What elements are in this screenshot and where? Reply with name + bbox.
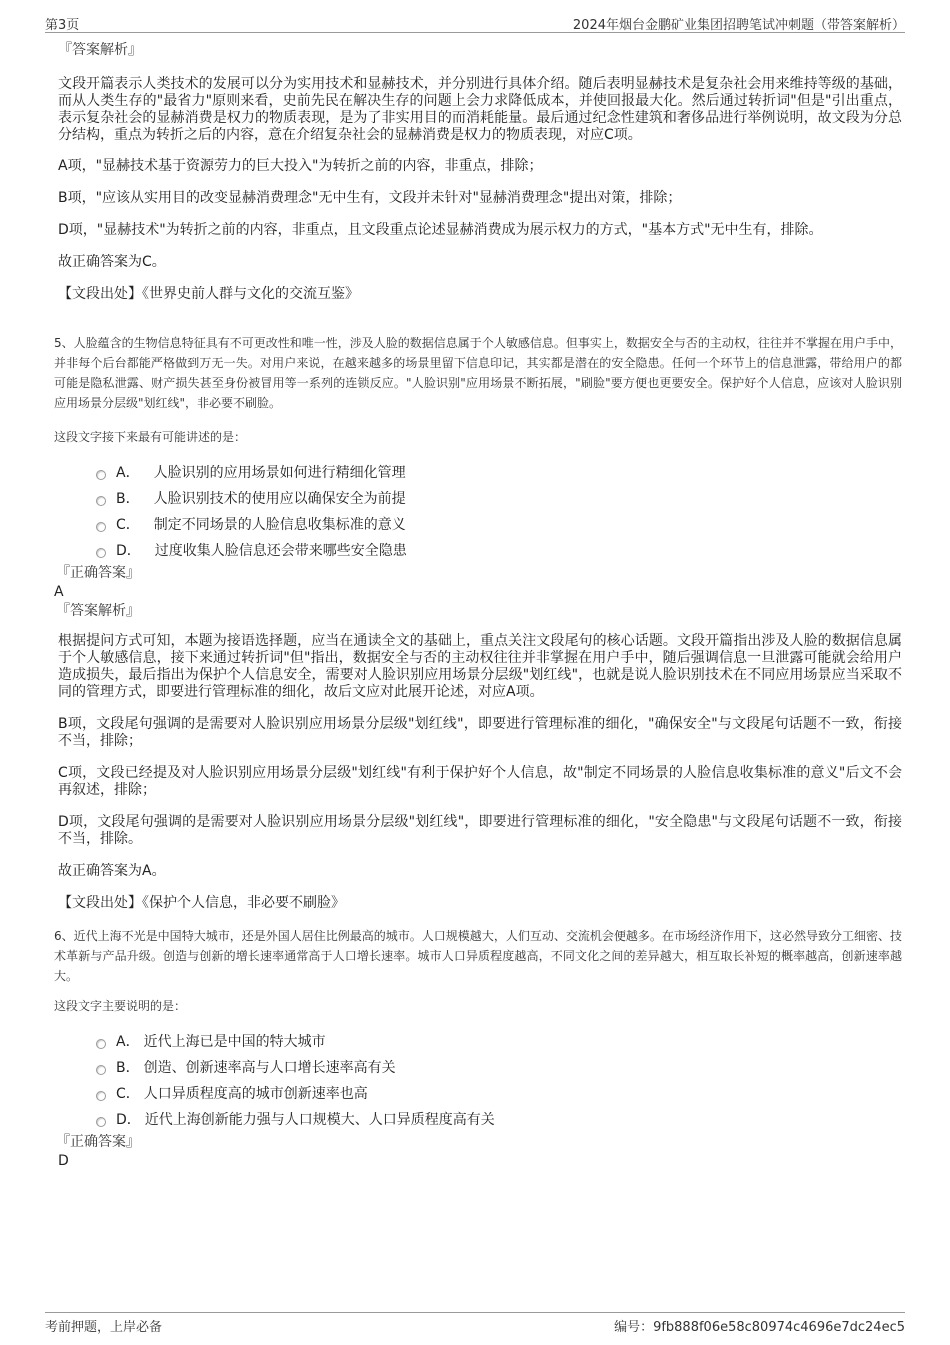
analysis-paragraph: D项，文段尾句强调的是需要对人脸识别应用场景分层级"划红线"，即要进行管理标准的…: [58, 814, 902, 848]
radio-icon[interactable]: [96, 522, 106, 532]
document-title: 2024年烟台金鹏矿业集团招聘笔试冲刺题（带答案解析）: [573, 14, 905, 33]
question-stem: 5、人脸蕴含的生物信息特征具有不可更改性和唯一性，涉及人脸的数据信息属于个人敏感…: [54, 333, 902, 413]
option-text: 过度收集人脸信息还会带来哪些安全隐患: [155, 540, 407, 560]
serial-number: 编号：9fb888f06e58c80974c4696e7dc24ec5: [614, 1316, 905, 1335]
radio-icon[interactable]: [96, 1065, 106, 1075]
page-footer: 考前押题，上岸必备 编号：9fb888f06e58c80974c4696e7dc…: [45, 1312, 905, 1335]
option-a[interactable]: A． 近代上海已是中国的特大城市: [96, 1028, 902, 1054]
option-letter: C．: [116, 1083, 140, 1103]
option-b[interactable]: B． 人脸识别技术的使用应以确保安全为前提: [96, 485, 902, 511]
radio-icon[interactable]: [96, 1039, 106, 1049]
correct-answer-label: 『正确答案』: [56, 563, 902, 583]
option-letter: D．: [116, 540, 141, 560]
option-text: 人脸识别的应用场景如何进行精细化管理: [154, 462, 406, 482]
question-prompt: 这段文字主要说明的是：: [54, 996, 902, 1016]
question-prompt: 这段文字接下来最有可能讲述的是：: [54, 427, 902, 447]
option-text: 人脸识别技术的使用应以确保安全为前提: [154, 488, 406, 508]
option-c[interactable]: C． 制定不同场景的人脸信息收集标准的意义: [96, 511, 902, 537]
correct-answer: A: [54, 583, 902, 601]
option-text: 制定不同场景的人脸信息收集标准的意义: [154, 514, 406, 534]
source-citation: 【文段出处】《世界史前人群与文化的交流互鉴》: [58, 286, 902, 303]
analysis-label: 『答案解析』: [58, 40, 902, 60]
radio-icon[interactable]: [96, 1091, 106, 1101]
option-letter: B．: [116, 1057, 140, 1077]
option-letter: A．: [116, 1031, 140, 1051]
option-d[interactable]: D． 过度收集人脸信息还会带来哪些安全隐患: [96, 537, 902, 563]
option-letter: C．: [116, 514, 140, 534]
analysis-paragraph: C项，文段已经提及对人脸识别应用场景分层级"划红线"有利于保护好个人信息，故"制…: [58, 765, 902, 799]
option-text: 近代上海已是中国的特大城市: [144, 1031, 326, 1051]
radio-icon[interactable]: [96, 470, 106, 480]
option-letter: D．: [116, 1109, 141, 1129]
radio-icon[interactable]: [96, 496, 106, 506]
option-text: 近代上海创新能力强与人口规模大、人口异质程度高有关: [145, 1109, 495, 1129]
footer-slogan: 考前押题，上岸必备: [45, 1316, 162, 1335]
analysis-paragraph: A项，"显赫技术基于资源劳力的巨大投入"为转折之前的内容，非重点，排除；: [58, 158, 902, 175]
option-text: 创造、创新速率高与人口增长速率高有关: [144, 1057, 396, 1077]
analysis-paragraph: D项，"显赫技术"为转折之前的内容，非重点，且文段重点论述显赫消费成为展示权力的…: [58, 222, 902, 239]
option-b[interactable]: B． 创造、创新速率高与人口增长速率高有关: [96, 1054, 902, 1080]
option-a[interactable]: A． 人脸识别的应用场景如何进行精细化管理: [96, 459, 902, 485]
conclusion: 故正确答案为A。: [58, 863, 902, 880]
radio-icon[interactable]: [96, 548, 106, 558]
page-header: 第3页 2024年烟台金鹏矿业集团招聘笔试冲刺题（带答案解析）: [45, 12, 905, 33]
analysis-paragraph: 文段开篇表示人类技术的发展可以分为实用技术和显赫技术，并分别进行具体介绍。随后表…: [58, 76, 902, 144]
option-list: A． 人脸识别的应用场景如何进行精细化管理 B． 人脸识别技术的使用应以确保安全…: [96, 459, 902, 563]
analysis-paragraph: B项，文段尾句强调的是需要对人脸识别应用场景分层级"划红线"，即要进行管理标准的…: [58, 716, 902, 750]
correct-answer-label: 『正确答案』: [56, 1132, 902, 1152]
page-number: 第3页: [45, 14, 79, 33]
conclusion: 故正确答案为C。: [58, 254, 902, 271]
analysis-label: 『答案解析』: [56, 601, 902, 621]
option-letter: B．: [116, 488, 140, 508]
option-letter: A．: [116, 462, 140, 482]
option-d[interactable]: D． 近代上海创新能力强与人口规模大、人口异质程度高有关: [96, 1106, 902, 1132]
option-list: A． 近代上海已是中国的特大城市 B． 创造、创新速率高与人口增长速率高有关 C…: [96, 1028, 902, 1132]
option-text: 人口异质程度高的城市创新速率也高: [144, 1083, 368, 1103]
question-stem: 6、近代上海不光是中国特大城市，还是外国人居住比例最高的城市。人口规模越大，人们…: [54, 926, 902, 986]
correct-answer: D: [58, 1152, 902, 1170]
page-content: 『答案解析』 文段开篇表示人类技术的发展可以分为实用技术和显赫技术，并分别进行具…: [54, 40, 902, 1170]
radio-icon[interactable]: [96, 1117, 106, 1127]
option-c[interactable]: C． 人口异质程度高的城市创新速率也高: [96, 1080, 902, 1106]
source-citation: 【文段出处】《保护个人信息，非必要不刷脸》: [58, 895, 902, 912]
analysis-paragraph: B项，"应该从实用目的改变显赫消费理念"无中生有，文段并未针对"显赫消费理念"提…: [58, 190, 902, 207]
analysis-paragraph: 根据提问方式可知，本题为接语选择题，应当在通读全文的基础上，重点关注文段尾句的核…: [58, 633, 902, 701]
